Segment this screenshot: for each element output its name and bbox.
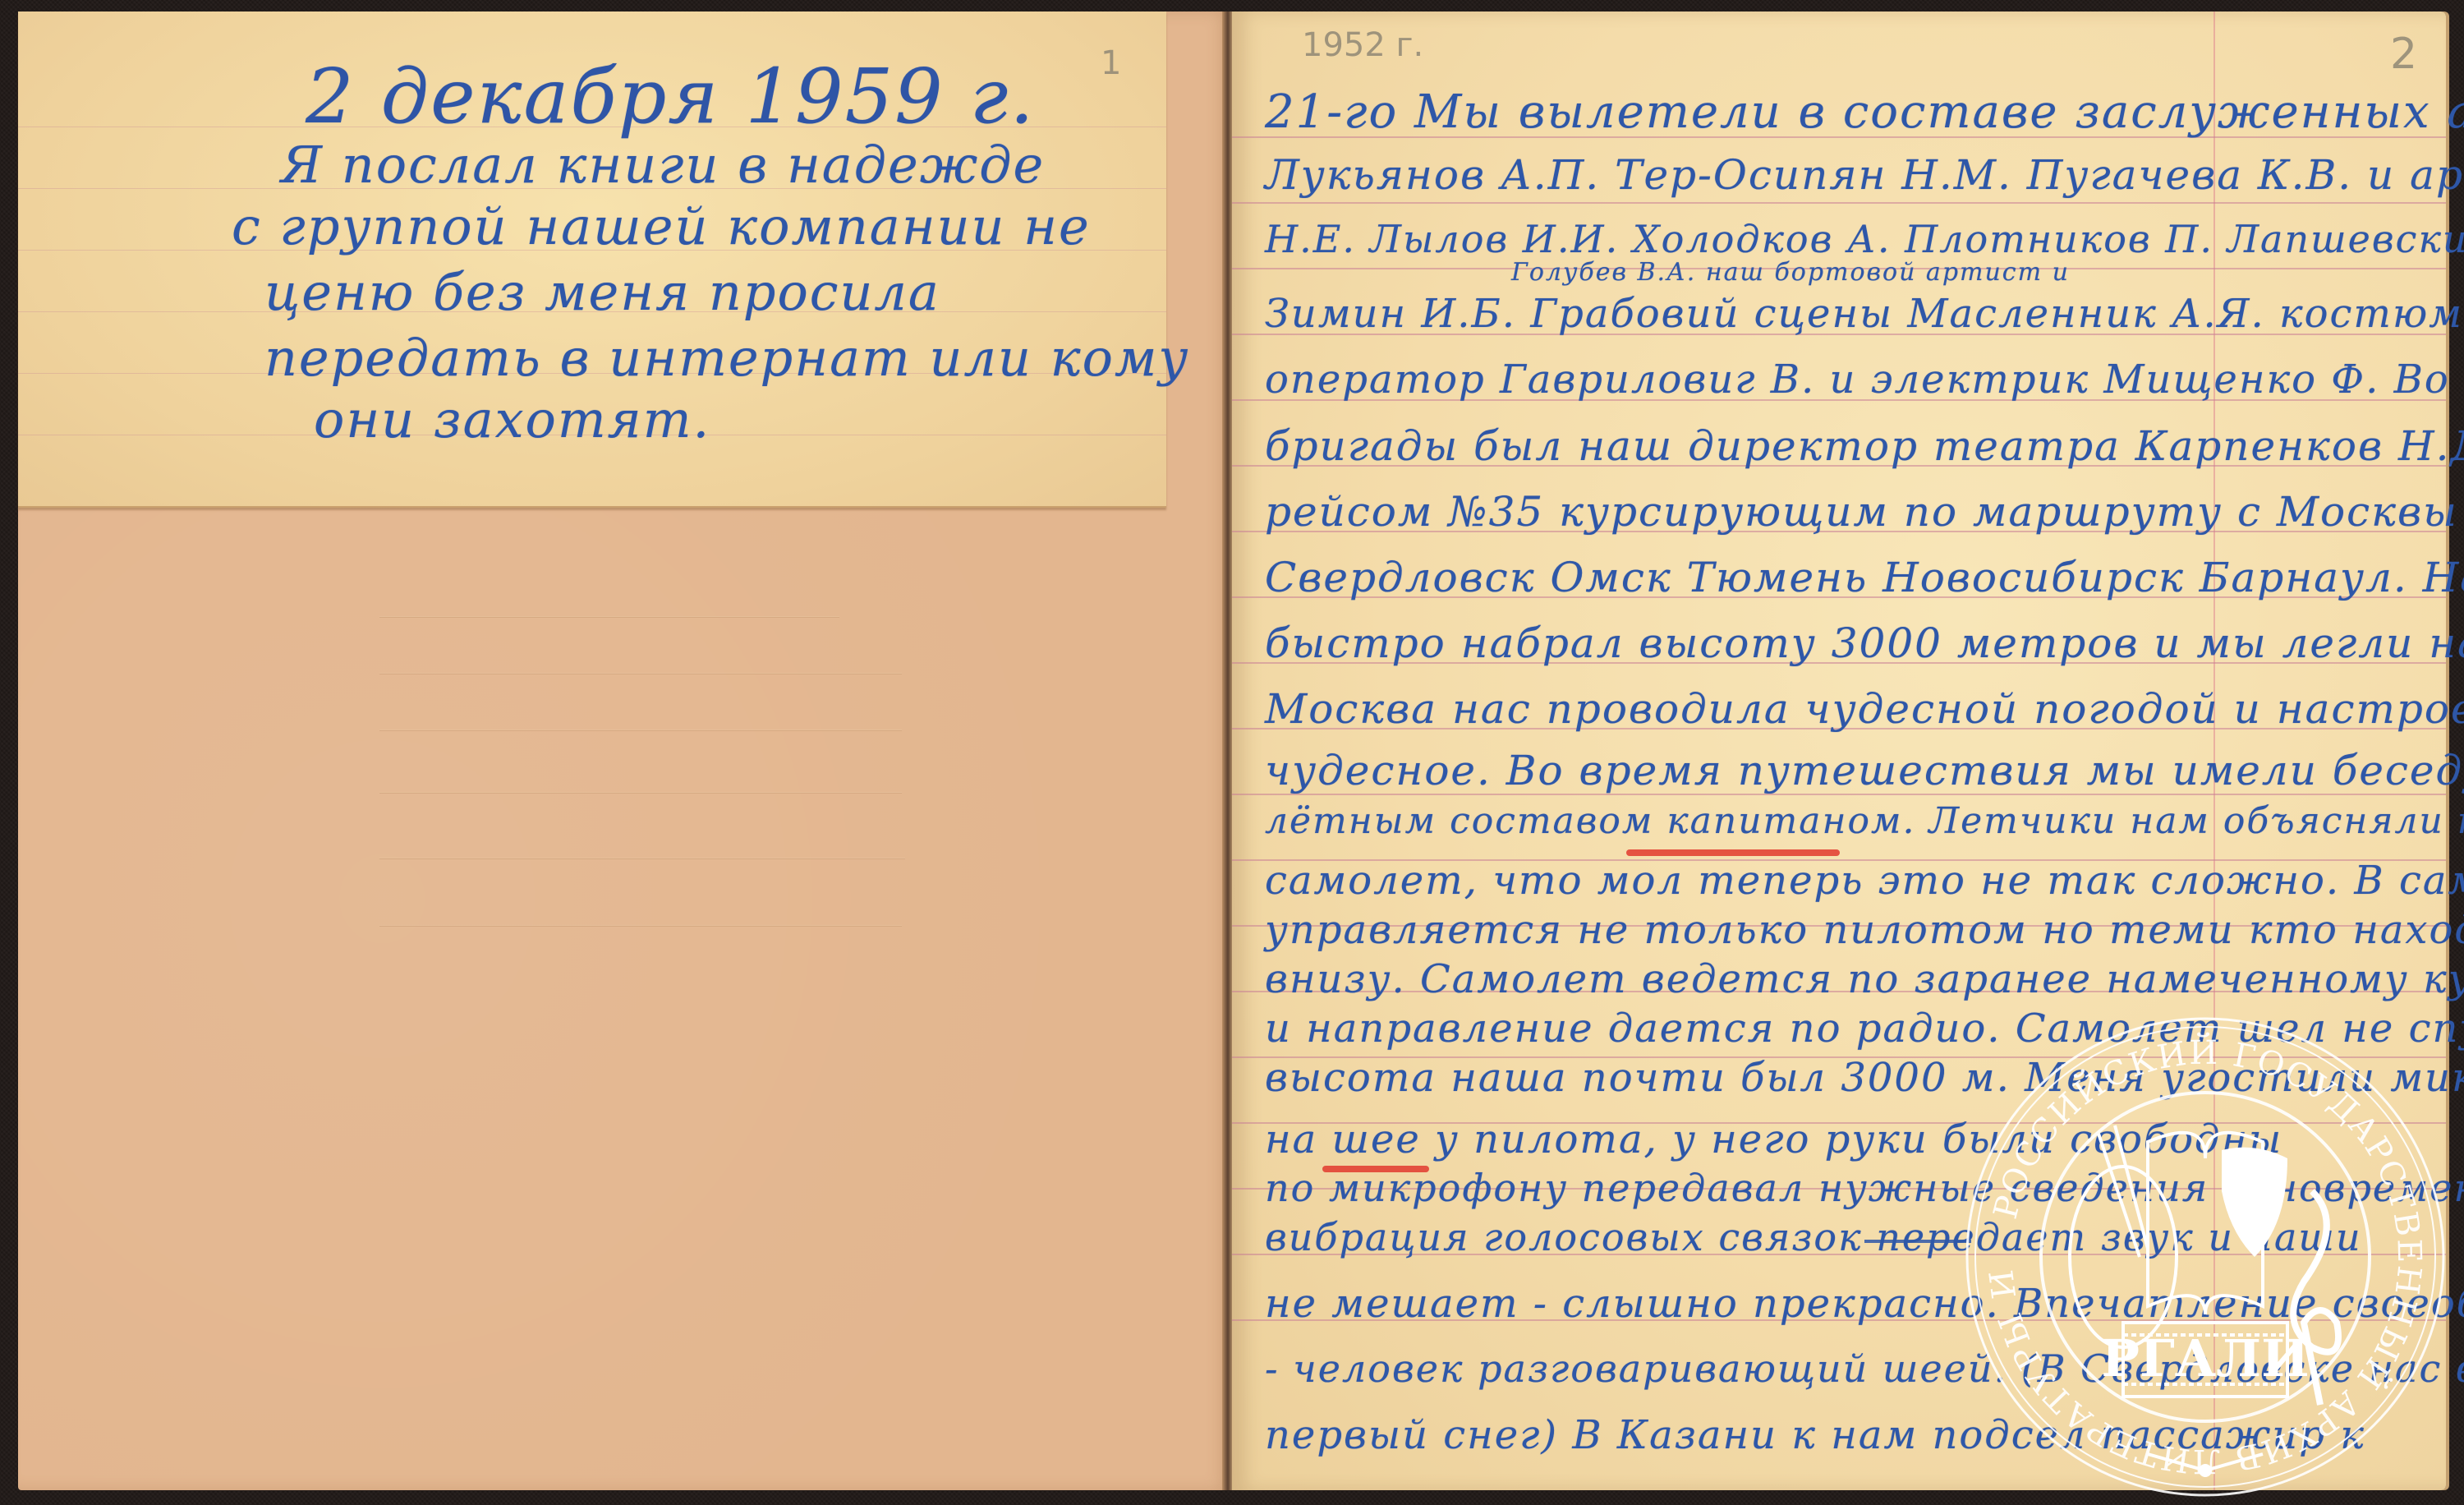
text-line: самолет, что мол теперь это не так сложн… — [1265, 858, 2464, 904]
embossed-line — [379, 858, 905, 859]
note-page-mark: 1 — [1101, 44, 1121, 82]
embossed-line — [379, 925, 902, 927]
note-line: с группой нашей компании не — [232, 196, 1091, 256]
text-line: высота наша почти был 3000 м. Меня угост… — [1265, 1055, 2464, 1101]
embossed-line — [379, 729, 902, 731]
text-line: не мешает - слышно прекрасно. Впечатлени… — [1265, 1281, 2464, 1327]
text-line: лётным составом капитаном. Летчики нам о… — [1265, 800, 2464, 842]
text-line: Лукьянов А.П. Тер-Осипян Н.М. Пугачева К… — [1265, 151, 2464, 199]
text-line: бригады был наш директор театра Карпенко… — [1265, 422, 2464, 470]
text-line: - человек разговаривающий шеей. (В Сверд… — [1265, 1346, 2464, 1391]
embossed-line — [379, 792, 902, 794]
text-line: управляется не только пилотом но теми кт… — [1265, 907, 2464, 953]
strikethrough — [1864, 1240, 1971, 1243]
text-line: на шее у пилота, у него руки были свобод… — [1265, 1116, 2282, 1162]
glued-note: 1 2 декабря 1959 г. Я послал книги в над… — [18, 12, 1166, 508]
red-underline — [1626, 849, 1840, 856]
note-date: 2 декабря 1959 г. — [306, 53, 1036, 140]
text-line: чудесное. Во время путешествия мы имели … — [1265, 747, 2464, 794]
right-page: 1952 г. 2 21-го Мы вылетели в составе за… — [1232, 12, 2446, 1490]
text-line: и направление дается по радио. Самолет ш… — [1265, 1006, 2464, 1052]
note-line: передать в интернат или кому — [264, 328, 1189, 388]
text-line: внизу. Самолет ведется по заранее намече… — [1265, 956, 2464, 1002]
text-line: вибрация голосовых связок передает звук … — [1265, 1215, 2362, 1259]
pencil-year: 1952 г. — [1302, 26, 1423, 64]
note-line: ценю без меня просила — [264, 262, 940, 322]
text-line: Н.Е. Лылов И.И. Холодков А. Плотников П.… — [1265, 217, 2464, 261]
text-line: быстро набрал высоту 3000 метров и мы ле… — [1265, 619, 2464, 667]
text-line: оператор Гавриловиг В. и электрик Мищенк… — [1265, 357, 2464, 403]
note-line: они захотят. — [314, 389, 710, 449]
text-line: 21-го Мы вылетели в составе заслуженных … — [1265, 85, 2464, 139]
text-line: Зимин И.Б. Грабовий сцены Масленник А.Я.… — [1265, 291, 2464, 337]
embossed-line — [379, 673, 902, 674]
note-line: Я послал книги в надежде — [281, 135, 1045, 195]
inserted-line: Голубев В.А. наш бортовой артист и — [1511, 258, 2070, 287]
text-line: первый снег) В Казани к нам подсел пасса… — [1265, 1412, 2365, 1458]
embossed-line — [379, 616, 839, 618]
page-number: 2 — [2390, 30, 2417, 79]
text-line: Свердловск Омск Тюмень Новосибирск Барна… — [1265, 554, 2464, 601]
text-line: Москва нас проводила чудесной погодой и … — [1265, 685, 2464, 733]
text-line: рейсом №35 курсирующим по маршруту с Мос… — [1265, 488, 2464, 536]
text-line: по микрофону передавал нужные сведения о… — [1265, 1166, 2464, 1210]
